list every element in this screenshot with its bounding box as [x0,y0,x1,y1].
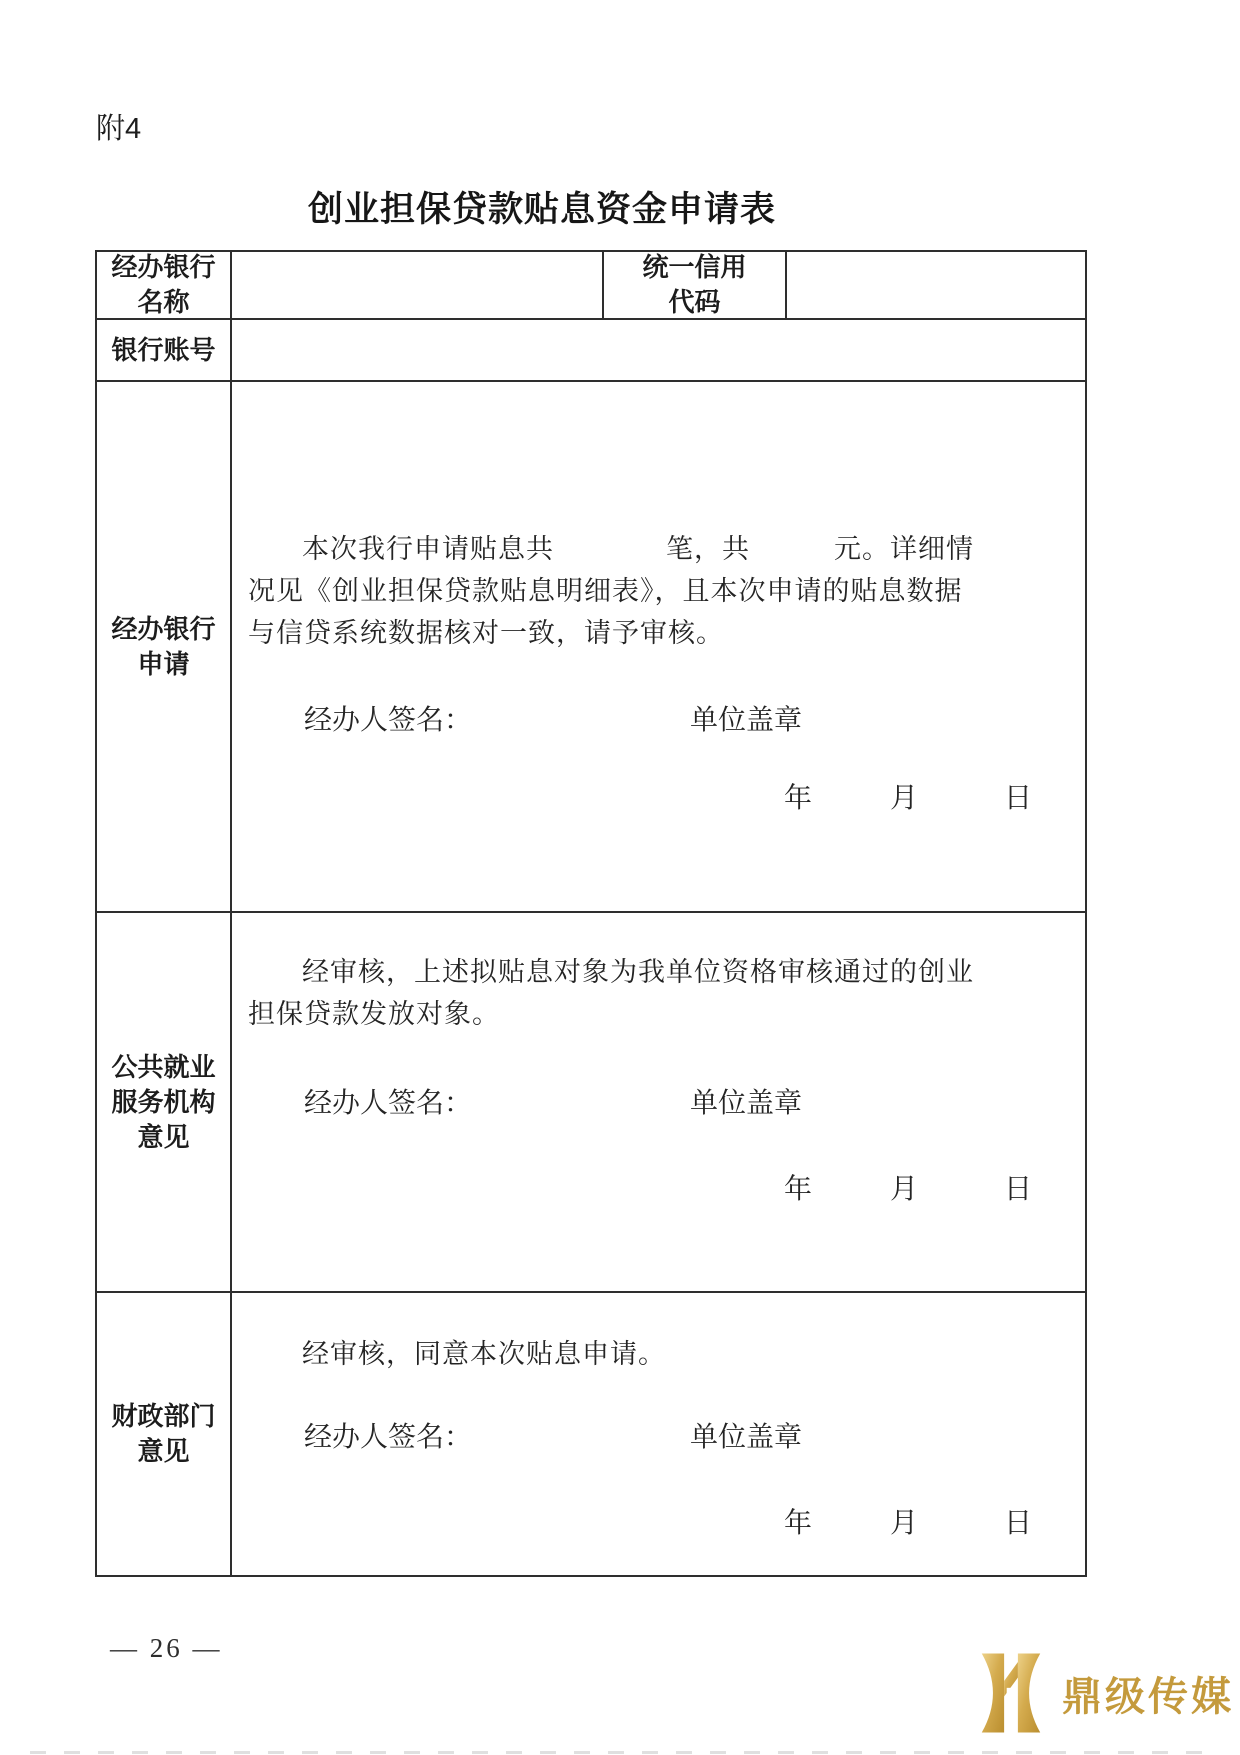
unit-seal-label: 单位盖章 [690,1081,802,1121]
section-finance-department-content: 经审核，同意本次贴息申请。 经办人签名： 单位盖章 年 月 日 [232,1293,1085,1575]
table-row-bank-name: 经办银行 名称 统一信用 代码 [97,252,1085,318]
section-bank-application-label: 经办银行 申请 [97,382,232,911]
watermark-text: 鼎级传媒 [1062,1665,1234,1722]
bank-account-value-cell [232,320,1085,380]
bank-name-label-line2: 名称 [137,285,189,320]
date-line: 年 月 日 [232,1501,1085,1537]
section-bank-application-content: 本次我行申请贴息共 笔，共 元。详细情况见《创业担保贷款贴息明细表》，且本次申请… [232,382,1085,911]
section-label-line1: 公共就业 [111,1050,215,1085]
section-label-line1: 经办银行 [111,612,215,647]
bank-account-label-text: 银行账号 [111,333,215,368]
unit-seal-label: 单位盖章 [690,1415,802,1455]
section-paragraph: 经审核，同意本次贴息申请。 [248,1333,988,1375]
signer-label: 经办人签名： [304,1415,472,1455]
date-line: 年 月 日 [232,776,1085,812]
credit-code-label-line2: 代码 [668,285,720,320]
date-month-label: 月 [890,1167,918,1207]
dingji-media-logo-icon [968,1650,1054,1736]
credit-code-label: 统一信用 代码 [604,252,787,318]
watermark-logo: 鼎级传媒 [968,1650,1234,1736]
bank-name-value-cell [232,252,604,318]
date-year-label: 年 [784,776,812,816]
page-number: — 26 — [110,1633,223,1664]
bank-account-label: 银行账号 [97,320,232,380]
page-title: 创业担保贷款贴息资金申请表 [0,182,1084,232]
signature-line: 经办人签名： 单位盖章 [232,1415,1085,1451]
section-employment-agency-opinion: 公共就业 服务机构 意见 经审核，上述拟贴息对象为我单位资格审核通过的创业担保贷… [97,911,1085,1291]
section-bank-application: 经办银行 申请 本次我行申请贴息共 笔，共 元。详细情况见《创业担保贷款贴息明细… [97,380,1085,911]
unit-seal-label: 单位盖章 [690,698,802,738]
section-label-line2: 意见 [137,1434,189,1469]
date-day-label: 日 [1004,776,1032,816]
section-label-line1: 财政部门 [111,1399,215,1434]
date-year-label: 年 [784,1167,812,1207]
section-employment-agency-label: 公共就业 服务机构 意见 [97,913,232,1291]
attachment-label: 附4 [96,106,141,147]
section-employment-agency-content: 经审核，上述拟贴息对象为我单位资格审核通过的创业担保贷款发放对象。 经办人签名：… [232,913,1085,1291]
scanned-document-page: 附4 创业担保贷款贴息资金申请表 经办银行 名称 统一信用 代码 银行账号 [0,0,1240,1755]
signer-label: 经办人签名： [304,698,472,738]
date-month-label: 月 [890,1501,918,1541]
section-label-line2: 申请 [137,647,189,682]
section-paragraph: 本次我行申请贴息共 笔，共 元。详细情况见《创业担保贷款贴息明细表》，且本次申请… [248,528,988,654]
date-month-label: 月 [890,776,918,816]
section-finance-department-label: 财政部门 意见 [97,1293,232,1575]
bank-name-label: 经办银行 名称 [97,252,232,318]
section-finance-department-opinion: 财政部门 意见 经审核，同意本次贴息申请。 经办人签名： 单位盖章 年 月 日 [97,1291,1085,1575]
signature-line: 经办人签名： 单位盖章 [232,1081,1085,1117]
section-label-line2: 服务机构 [111,1085,215,1120]
date-day-label: 日 [1004,1501,1032,1541]
table-row-bank-account: 银行账号 [97,318,1085,380]
section-label-line3: 意见 [137,1120,189,1155]
date-day-label: 日 [1004,1167,1032,1207]
signer-label: 经办人签名： [304,1081,472,1121]
credit-code-value-cell [787,252,1085,318]
bank-name-label-line1: 经办银行 [111,250,215,285]
credit-code-label-line1: 统一信用 [642,250,746,285]
application-form-table: 经办银行 名称 统一信用 代码 银行账号 经办银行 申请 [95,250,1087,1577]
scan-edge-artifact [30,1751,1210,1754]
date-line: 年 月 日 [232,1167,1085,1203]
signature-line: 经办人签名： 单位盖章 [232,698,1085,734]
date-year-label: 年 [784,1501,812,1541]
section-paragraph: 经审核，上述拟贴息对象为我单位资格审核通过的创业担保贷款发放对象。 [248,951,988,1035]
